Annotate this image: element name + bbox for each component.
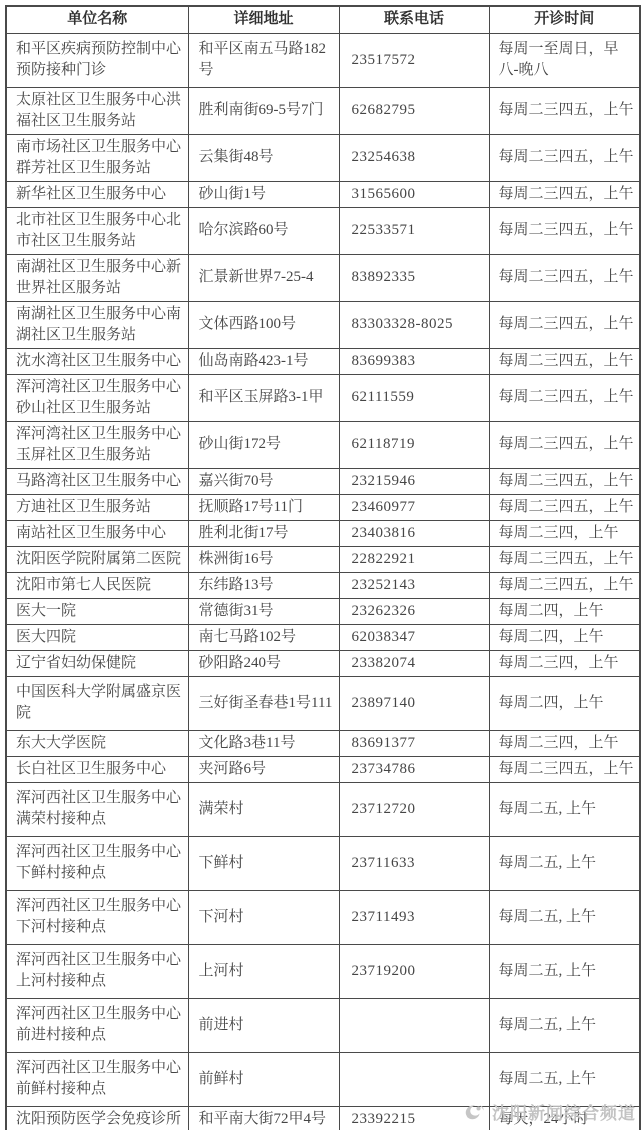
- unit-name-cell: 南站社区卫生服务中心: [6, 520, 188, 546]
- unit-name-cell: 医大四院: [6, 624, 188, 650]
- hours-cell: 每周二三四五，上午: [489, 546, 640, 572]
- address-cell: 仙岛南路423-1号: [188, 348, 339, 374]
- address-cell: 砂山街172号: [188, 421, 339, 468]
- phone-cell: 23403816: [339, 520, 489, 546]
- phone-cell: 62682795: [339, 87, 489, 134]
- table-row: 马路湾社区卫生服务中心 嘉兴街70号 23215946 每周二三四五，上午: [6, 468, 640, 494]
- address-cell: 下鲜村: [188, 836, 339, 890]
- phone-cell: 23897140: [339, 676, 489, 730]
- hours-cell: 每周二三四，上午: [489, 730, 640, 756]
- phone-cell: 23711633: [339, 836, 489, 890]
- unit-name-cell: 长白社区卫生服务中心: [6, 756, 188, 782]
- header-row: 单位名称 详细地址 联系电话 开诊时间: [6, 6, 640, 33]
- address-cell: 文体西路100号: [188, 301, 339, 348]
- hours-cell: 每周二三四五，上午: [489, 348, 640, 374]
- table-row: 长白社区卫生服务中心 夹河路6号 23734786 每周二三四五，上午: [6, 756, 640, 782]
- table-row: 南站社区卫生服务中心 胜利北街17号 23403816 每周二三四，上午: [6, 520, 640, 546]
- table-body: 和平区疾病预防控制中心预防接种门诊 和平区南五马路182号 23517572 每…: [6, 33, 640, 1130]
- address-cell: 胜利北街17号: [188, 520, 339, 546]
- unit-name-cell: 方迪社区卫生服务站: [6, 494, 188, 520]
- unit-name-cell: 浑河西社区卫生服务中心前进村接种点: [6, 998, 188, 1052]
- address-cell: 和平区南五马路182号: [188, 33, 339, 87]
- unit-name-cell: 和平区疾病预防控制中心预防接种门诊: [6, 33, 188, 87]
- table-row: 沈阳医学院附属第二医院 株洲街16号 22822921 每周二三四五，上午: [6, 546, 640, 572]
- address-cell: 夹河路6号: [188, 756, 339, 782]
- hours-cell: 每周二三四五，上午: [489, 254, 640, 301]
- phone-cell: 62111559: [339, 374, 489, 421]
- hours-cell: 每周二四，上午: [489, 598, 640, 624]
- hours-cell: 每周二五, 上午: [489, 836, 640, 890]
- table-row: 南市场社区卫生服务中心群芳社区卫生服务站 云集街48号 23254638 每周二…: [6, 134, 640, 181]
- phone-cell: 23382074: [339, 650, 489, 676]
- unit-name-cell: 沈阳预防医学会免疫诊所: [6, 1106, 188, 1130]
- table-row: 太原社区卫生服务中心洪福社区卫生服务站 胜利南街69-5号7门 62682795…: [6, 87, 640, 134]
- unit-name-cell: 浑河湾社区卫生服务中心玉屏社区卫生服务站: [6, 421, 188, 468]
- unit-name-cell: 浑河西社区卫生服务中心上河村接种点: [6, 944, 188, 998]
- hours-cell: 每周二三四五，上午: [489, 87, 640, 134]
- watermark: 沈阳新闻综合频道: [462, 1099, 636, 1124]
- table-row: 新华社区卫生服务中心 砂山街1号 31565600 每周二三四五，上午: [6, 181, 640, 207]
- address-cell: 和平南大街72甲4号: [188, 1106, 339, 1130]
- phone-cell: 23262326: [339, 598, 489, 624]
- phone-cell: 83699383: [339, 348, 489, 374]
- phone-cell: 23460977: [339, 494, 489, 520]
- hours-cell: 每周二三四五，上午: [489, 301, 640, 348]
- unit-name-cell: 南湖社区卫生服务中心南湖社区卫生服务站: [6, 301, 188, 348]
- unit-name-cell: 浑河湾社区卫生服务中心砂山社区卫生服务站: [6, 374, 188, 421]
- hours-cell: 每周二三四五，上午: [489, 468, 640, 494]
- table-row: 和平区疾病预防控制中心预防接种门诊 和平区南五马路182号 23517572 每…: [6, 33, 640, 87]
- address-cell: 云集街48号: [188, 134, 339, 181]
- table-row: 浑河西社区卫生服务中心下河村接种点 下河村 23711493 每周二五, 上午: [6, 890, 640, 944]
- unit-name-cell: 辽宁省妇幼保健院: [6, 650, 188, 676]
- table-row: 浑河西社区卫生服务中心下鲜村接种点 下鲜村 23711633 每周二五, 上午: [6, 836, 640, 890]
- unit-name-cell: 南湖社区卫生服务中心新世界社区服务站: [6, 254, 188, 301]
- unit-name-cell: 浑河西社区卫生服务中心下河村接种点: [6, 890, 188, 944]
- phone-cell: 23215946: [339, 468, 489, 494]
- table-row: 辽宁省妇幼保健院 砂阳路240号 23382074 每周二三四，上午: [6, 650, 640, 676]
- address-cell: 汇景新世界7-25-4: [188, 254, 339, 301]
- hours-cell: 每周二三四五，上午: [489, 421, 640, 468]
- unit-name-cell: 浑河西社区卫生服务中心下鲜村接种点: [6, 836, 188, 890]
- phone-cell: 23719200: [339, 944, 489, 998]
- address-cell: 砂山街1号: [188, 181, 339, 207]
- phone-cell: 83892335: [339, 254, 489, 301]
- table-row: 方迪社区卫生服务站 抚顺路17号11门 23460977 每周二三四五，上午: [6, 494, 640, 520]
- phone-cell: 23252143: [339, 572, 489, 598]
- address-cell: 下河村: [188, 890, 339, 944]
- address-cell: 东纬路13号: [188, 572, 339, 598]
- address-cell: 满荣村: [188, 782, 339, 836]
- unit-name-cell: 沈水湾社区卫生服务中心: [6, 348, 188, 374]
- table-row: 沈阳市第七人民医院 东纬路13号 23252143 每周二三四五，上午: [6, 572, 640, 598]
- unit-name-cell: 医大一院: [6, 598, 188, 624]
- phone-cell: 22822921: [339, 546, 489, 572]
- table-row: 沈水湾社区卫生服务中心 仙岛南路423-1号 83699383 每周二三四五，上…: [6, 348, 640, 374]
- hours-cell: 每周二三四，上午: [489, 650, 640, 676]
- phone-cell: 23712720: [339, 782, 489, 836]
- hours-cell: 每周二五, 上午: [489, 998, 640, 1052]
- table-row: 浑河西社区卫生服务中心满荣村接种点 满荣村 23712720 每周二五, 上午: [6, 782, 640, 836]
- phone-cell: 23517572: [339, 33, 489, 87]
- unit-name-cell: 中国医科大学附属盛京医院: [6, 676, 188, 730]
- phone-cell: 23254638: [339, 134, 489, 181]
- unit-name-cell: 沈阳医学院附属第二医院: [6, 546, 188, 572]
- unit-name-cell: 太原社区卫生服务中心洪福社区卫生服务站: [6, 87, 188, 134]
- hours-cell: 每周二三四五，上午: [489, 207, 640, 254]
- watermark-text: 沈阳新闻综合频道: [492, 1099, 636, 1124]
- table-row: 东大大学医院 文化路3巷11号 83691377 每周二三四，上午: [6, 730, 640, 756]
- address-cell: 文化路3巷11号: [188, 730, 339, 756]
- phone-cell: [339, 998, 489, 1052]
- table-row: 浑河西社区卫生服务中心上河村接种点 上河村 23719200 每周二五, 上午: [6, 944, 640, 998]
- unit-name-cell: 南市场社区卫生服务中心群芳社区卫生服务站: [6, 134, 188, 181]
- unit-name-cell: 北市社区卫生服务中心北市社区卫生服务站: [6, 207, 188, 254]
- table-row: 浑河西社区卫生服务中心前鲜村接种点 前鲜村 每周二五, 上午: [6, 1052, 640, 1106]
- hours-cell: 每周二三四五，上午: [489, 134, 640, 181]
- address-cell: 南七马路102号: [188, 624, 339, 650]
- table-row: 医大四院 南七马路102号 62038347 每周二四，上午: [6, 624, 640, 650]
- phone-cell: 23734786: [339, 756, 489, 782]
- table-row: 中国医科大学附属盛京医院 三好街圣春巷1号111 23897140 每周二四，上…: [6, 676, 640, 730]
- address-cell: 哈尔滨路60号: [188, 207, 339, 254]
- hours-cell: 每周二三四五，上午: [489, 494, 640, 520]
- table-row: 医大一院 常德街31号 23262326 每周二四，上午: [6, 598, 640, 624]
- address-cell: 抚顺路17号11门: [188, 494, 339, 520]
- col-header-unit-name: 单位名称: [6, 6, 188, 33]
- table-row: 北市社区卫生服务中心北市社区卫生服务站 哈尔滨路60号 22533571 每周二…: [6, 207, 640, 254]
- unit-name-cell: 沈阳市第七人民医院: [6, 572, 188, 598]
- address-cell: 和平区玉屏路3-1甲: [188, 374, 339, 421]
- phone-cell: 62038347: [339, 624, 489, 650]
- hours-cell: 每周二五, 上午: [489, 944, 640, 998]
- unit-name-cell: 马路湾社区卫生服务中心: [6, 468, 188, 494]
- hours-cell: 每周二四，上午: [489, 624, 640, 650]
- address-cell: 三好街圣春巷1号111: [188, 676, 339, 730]
- col-header-phone: 联系电话: [339, 6, 489, 33]
- phone-cell: 83303328-8025: [339, 301, 489, 348]
- address-cell: 前鲜村: [188, 1052, 339, 1106]
- phone-cell: 23711493: [339, 890, 489, 944]
- clinic-schedule-document: 单位名称 详细地址 联系电话 开诊时间 和平区疾病预防控制中心预防接种门诊 和平…: [0, 0, 644, 1130]
- hours-cell: 每周二四，上午: [489, 676, 640, 730]
- phone-cell: 22533571: [339, 207, 489, 254]
- address-cell: 前进村: [188, 998, 339, 1052]
- hours-cell: 每周二五, 上午: [489, 890, 640, 944]
- unit-name-cell: 新华社区卫生服务中心: [6, 181, 188, 207]
- hours-cell: 每周二三四五，上午: [489, 756, 640, 782]
- table-row: 浑河西社区卫生服务中心前进村接种点 前进村 每周二五, 上午: [6, 998, 640, 1052]
- unit-name-cell: 浑河西社区卫生服务中心满荣村接种点: [6, 782, 188, 836]
- phone-cell: [339, 1052, 489, 1106]
- address-cell: 砂阳路240号: [188, 650, 339, 676]
- hours-cell: 每周二三四五，上午: [489, 572, 640, 598]
- unit-name-cell: 浑河西社区卫生服务中心前鲜村接种点: [6, 1052, 188, 1106]
- table-row: 南湖社区卫生服务中心新世界社区服务站 汇景新世界7-25-4 83892335 …: [6, 254, 640, 301]
- address-cell: 胜利南街69-5号7门: [188, 87, 339, 134]
- address-cell: 株洲街16号: [188, 546, 339, 572]
- phone-cell: 31565600: [339, 181, 489, 207]
- hours-cell: 每周二五, 上午: [489, 1052, 640, 1106]
- hours-cell: 每周一至周日，早八-晚八: [489, 33, 640, 87]
- unit-name-cell: 东大大学医院: [6, 730, 188, 756]
- clinic-table: 单位名称 详细地址 联系电话 开诊时间 和平区疾病预防控制中心预防接种门诊 和平…: [5, 5, 641, 1130]
- hours-cell: 每周二三四五，上午: [489, 181, 640, 207]
- hours-cell: 每周二三四五，上午: [489, 374, 640, 421]
- table-row: 浑河湾社区卫生服务中心砂山社区卫生服务站 和平区玉屏路3-1甲 62111559…: [6, 374, 640, 421]
- phone-cell: 83691377: [339, 730, 489, 756]
- table-row: 浑河湾社区卫生服务中心玉屏社区卫生服务站 砂山街172号 62118719 每周…: [6, 421, 640, 468]
- col-header-address: 详细地址: [188, 6, 339, 33]
- hours-cell: 每周二五, 上午: [489, 782, 640, 836]
- phone-cell: 62118719: [339, 421, 489, 468]
- address-cell: 嘉兴街70号: [188, 468, 339, 494]
- hours-cell: 每周二三四，上午: [489, 520, 640, 546]
- address-cell: 上河村: [188, 944, 339, 998]
- bird-swirl-icon: [462, 1101, 488, 1123]
- address-cell: 常德街31号: [188, 598, 339, 624]
- table-row: 南湖社区卫生服务中心南湖社区卫生服务站 文体西路100号 83303328-80…: [6, 301, 640, 348]
- col-header-hours: 开诊时间: [489, 6, 640, 33]
